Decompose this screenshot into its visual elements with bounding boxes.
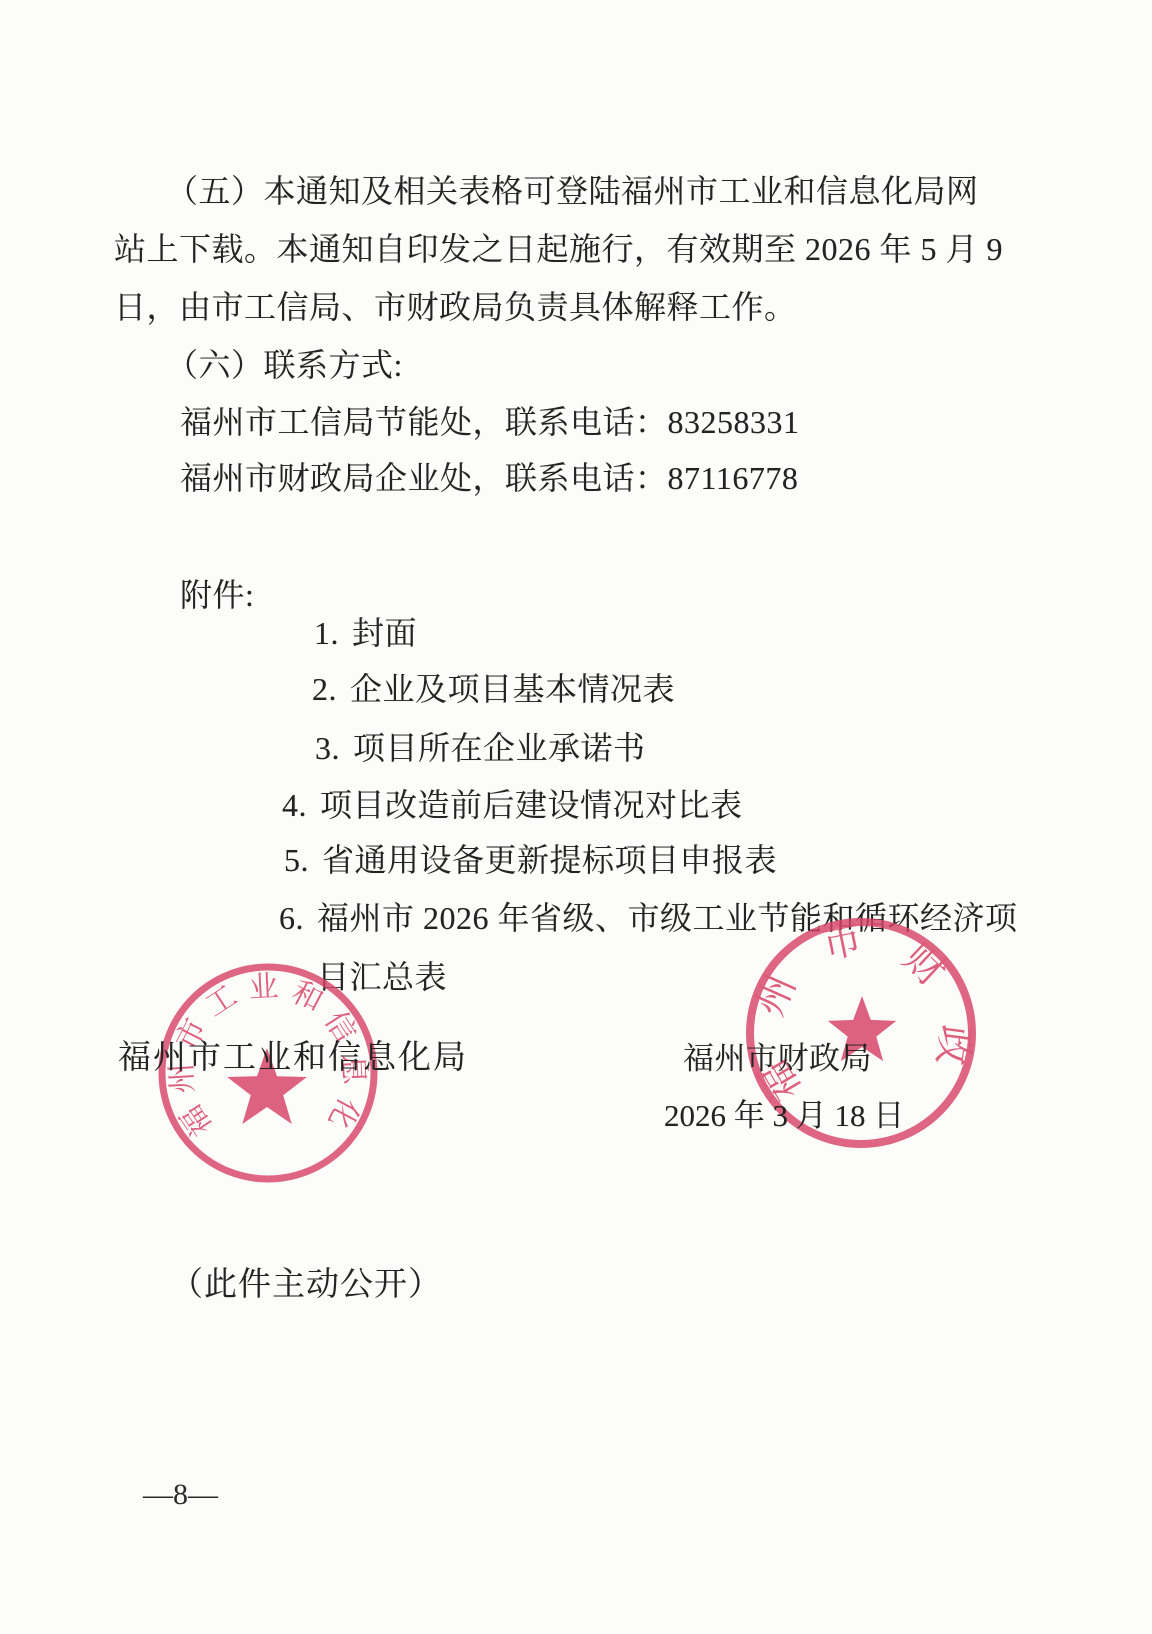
page-number: —8— — [143, 1478, 218, 1512]
left-agency-name: 福州市工业和信息化局 — [118, 1031, 468, 1078]
body-line-3: 日，由市工信局、市财政局负责具体解释工作。 — [114, 288, 797, 326]
publicity-note: （此件主动公开） — [170, 1258, 442, 1305]
right-agency-name: 福州市财政局 — [683, 1033, 872, 1078]
signature-date: 2026 年 3 月 18 日 — [664, 1090, 904, 1135]
attachments-label: 附件: — [180, 576, 254, 614]
body-line-6: 福州市财政局企业处，联系电话：87116778 — [180, 459, 798, 497]
body-line-2: 站上下载。本通知自印发之日起施行，有效期至 2026 年 5 月 9 — [114, 230, 1003, 268]
body-line-1: （五）本通知及相关表格可登陆福州市工业和信息化局网 — [166, 172, 979, 210]
body-line-4: （六）联系方式: — [166, 346, 403, 384]
body-line-5: 福州市工信局节能处，联系电话：83258331 — [180, 403, 800, 441]
document-page: （五）本通知及相关表格可登陆福州市工业和信息化局网 站上下载。本通知自印发之日起… — [0, 0, 1152, 1634]
